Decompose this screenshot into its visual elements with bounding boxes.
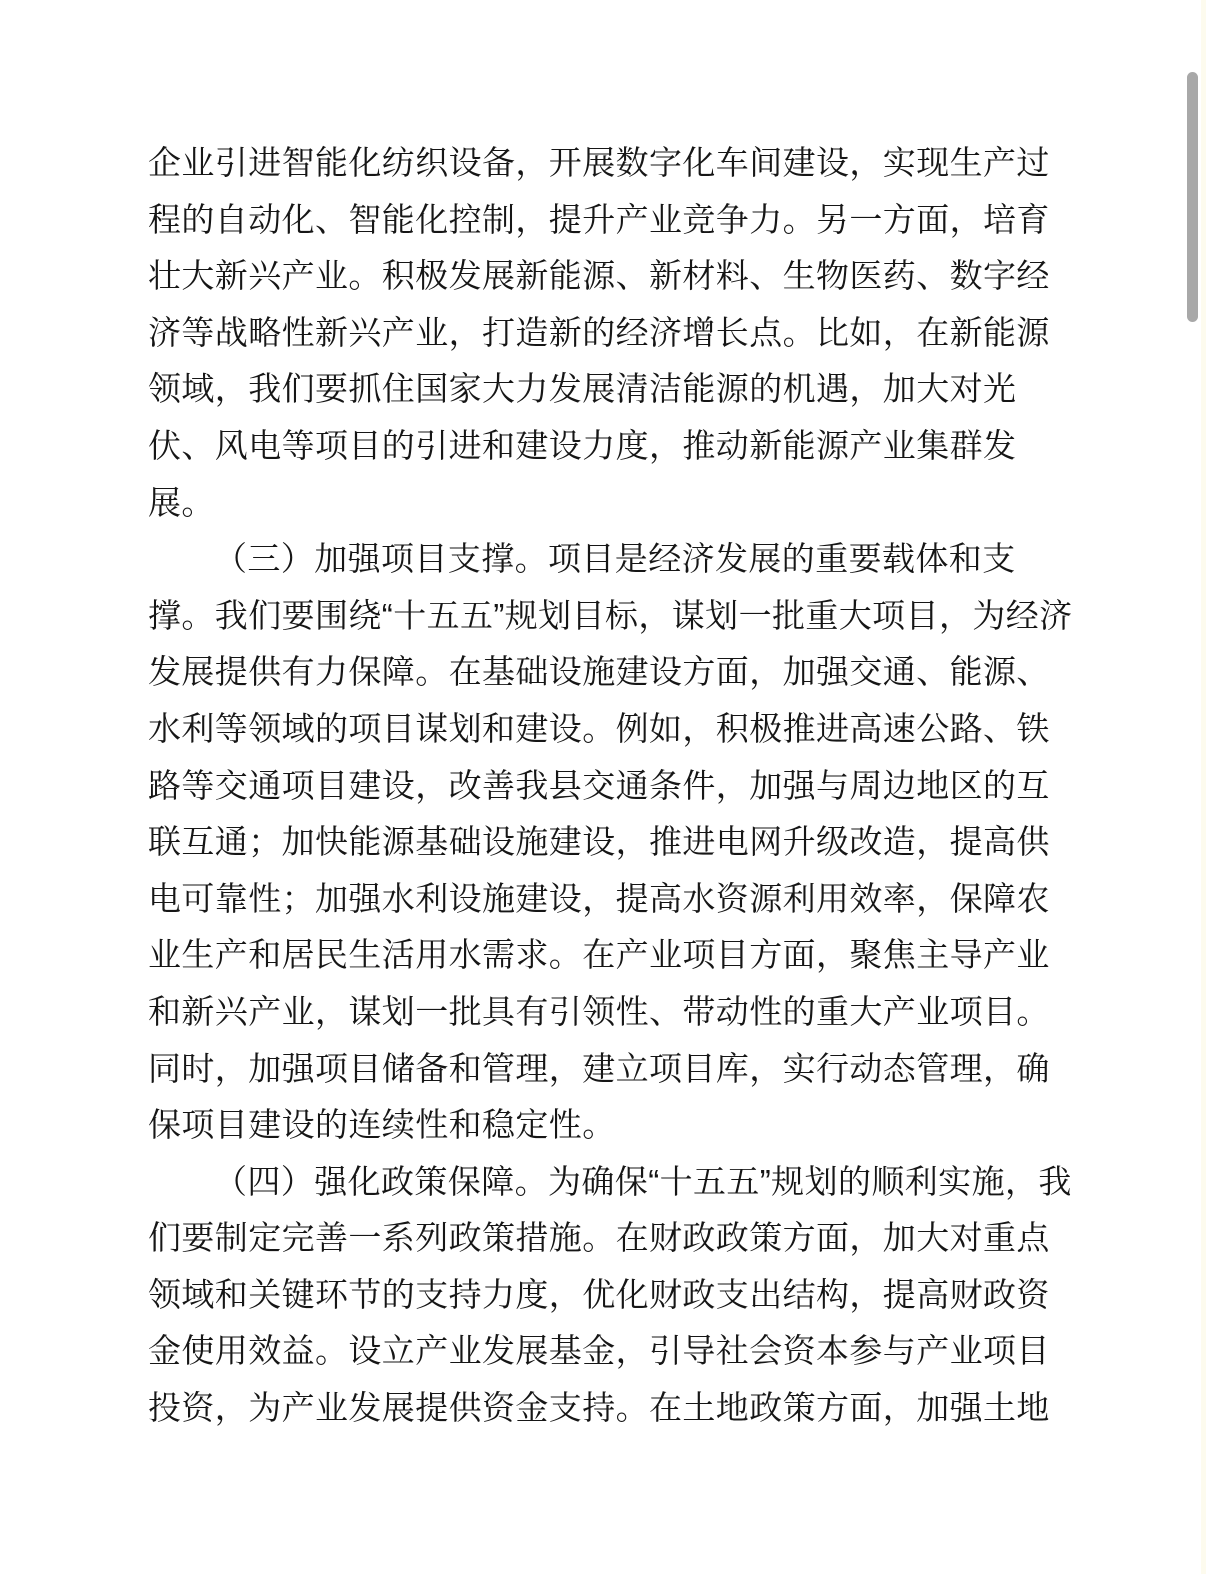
- text-line: 同时，加强项目储备和管理，建立项目库，实行动态管理，确: [148, 1041, 1108, 1098]
- text-line: 发展提供有力保障。在基础设施建设方面，加强交通、能源、: [148, 644, 1108, 701]
- text-line-paragraph-start: （四）强化政策保障。为确保“十五五”规划的顺利实施，我: [148, 1154, 1108, 1211]
- text-line: 金使用效益。设立产业发展基金，引导社会资本参与产业项目: [148, 1323, 1108, 1380]
- text-line-paragraph-start: （三）加强项目支撑。项目是经济发展的重要载体和支: [148, 531, 1108, 588]
- text-line: 领域，我们要抓住国家大力发展清洁能源的机遇，加大对光: [148, 361, 1108, 418]
- text-line: 济等战略性新兴产业，打造新的经济增长点。比如，在新能源: [148, 305, 1108, 362]
- text-line: 撑。我们要围绕“十五五”规划目标，谋划一批重大项目，为经济: [148, 588, 1108, 645]
- text-line: 电可靠性；加强水利设施建设，提高水资源利用效率，保障农: [148, 871, 1108, 928]
- text-line: 水利等领域的项目谋划和建设。例如，积极推进高速公路、铁: [148, 701, 1108, 758]
- text-line: 和新兴产业，谋划一批具有引领性、带动性的重大产业项目。: [148, 984, 1108, 1041]
- text-line: 路等交通项目建设，改善我县交通条件，加强与周边地区的互: [148, 758, 1108, 815]
- text-line: 业生产和居民生活用水需求。在产业项目方面，聚焦主导产业: [148, 927, 1108, 984]
- text-line: 联互通；加快能源基础设施建设，推进电网升级改造，提高供: [148, 814, 1108, 871]
- text-line: 企业引进智能化纺织设备，开展数字化车间建设，实现生产过: [148, 135, 1108, 192]
- page-right-edge: [1201, 0, 1206, 1574]
- text-line: 壮大新兴产业。积极发展新能源、新材料、生物医药、数字经: [148, 248, 1108, 305]
- text-line: 投资，为产业发展提供资金支持。在土地政策方面，加强土地: [148, 1380, 1108, 1437]
- text-line: 领域和关键环节的支持力度，优化财政支出结构，提高财政资: [148, 1267, 1108, 1324]
- document-page: 企业引进智能化纺织设备，开展数字化车间建设，实现生产过 程的自动化、智能化控制，…: [148, 135, 1108, 1437]
- text-line: 们要制定完善一系列政策措施。在财政政策方面，加大对重点: [148, 1210, 1108, 1267]
- text-line: 展。: [148, 475, 1108, 532]
- text-line: 伏、风电等项目的引进和建设力度，推动新能源产业集群发: [148, 418, 1108, 475]
- scrollbar-thumb[interactable]: [1187, 72, 1198, 322]
- text-line: 程的自动化、智能化控制，提升产业竞争力。另一方面，培育: [148, 192, 1108, 249]
- text-line: 保项目建设的连续性和稳定性。: [148, 1097, 1108, 1154]
